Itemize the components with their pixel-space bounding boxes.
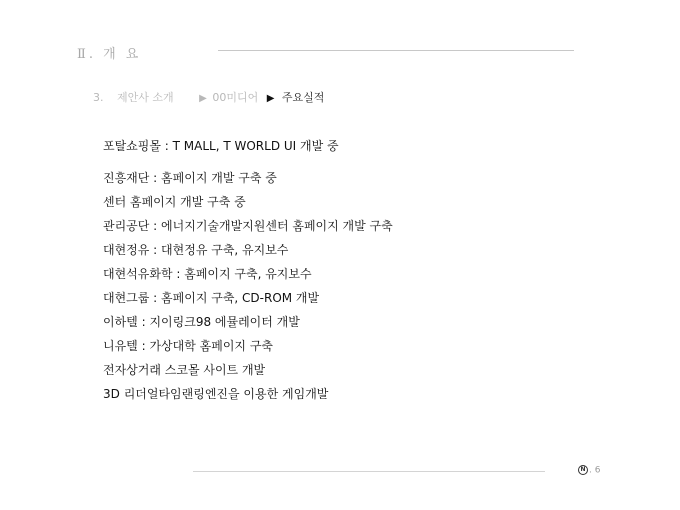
list-item: 3D 리더얼타임랜링엔진을 이용한 게임개발 — [103, 382, 393, 406]
list-item: 전자상거래 스코몰 사이트 개발 — [103, 358, 393, 382]
list-item: 대현그룹 : 홈페이지 구축, CD-ROM 개발 — [103, 286, 393, 310]
breadcrumb-number: 3. — [93, 91, 104, 104]
achievements-list: 포탈쇼핑몰 : T MALL, T WORLD UI 개발 중 진흥재단 : 홈… — [103, 134, 393, 406]
breadcrumb-intro: 제안사 소개 — [117, 89, 174, 105]
list-item: 니유텔 : 가상대학 홈페이지 구축 — [103, 334, 393, 358]
footer-divider — [193, 471, 545, 472]
list-item: 센터 홈페이지 개발 구축 중 — [103, 190, 393, 214]
company-logo-icon: N — [578, 465, 588, 475]
list-item: 대현정유 : 대현정유 구축, 유지보수 — [103, 238, 393, 262]
header-divider — [218, 50, 574, 51]
section-title: Ⅱ. 개 요 — [77, 43, 141, 62]
breadcrumb-current: 주요실적 — [282, 89, 325, 105]
list-item: 관리공단 : 에너지기술개발지원센터 홈페이지 개발 구축 — [103, 214, 393, 238]
page-number: N. 6 — [578, 465, 600, 476]
list-item: 대현석유화학 : 홈페이지 구축, 유지보수 — [103, 262, 393, 286]
list-item: 이하텔 : 지이링크98 에뮬레이터 개발 — [103, 310, 393, 334]
list-item: 포탈쇼핑몰 : T MALL, T WORLD UI 개발 중 — [103, 134, 393, 158]
breadcrumb: 3. 제안사 소개 ▶ 00미디어 ▶ 주요실적 — [93, 89, 324, 105]
page-label: . 6 — [589, 466, 600, 476]
breadcrumb-company: 00미디어 — [212, 89, 258, 105]
list-item: 진흥재단 : 홈페이지 개발 구축 중 — [103, 166, 393, 190]
breadcrumb-arrow-icon: ▶ — [267, 93, 275, 104]
breadcrumb-arrow-icon: ▶ — [199, 93, 207, 104]
